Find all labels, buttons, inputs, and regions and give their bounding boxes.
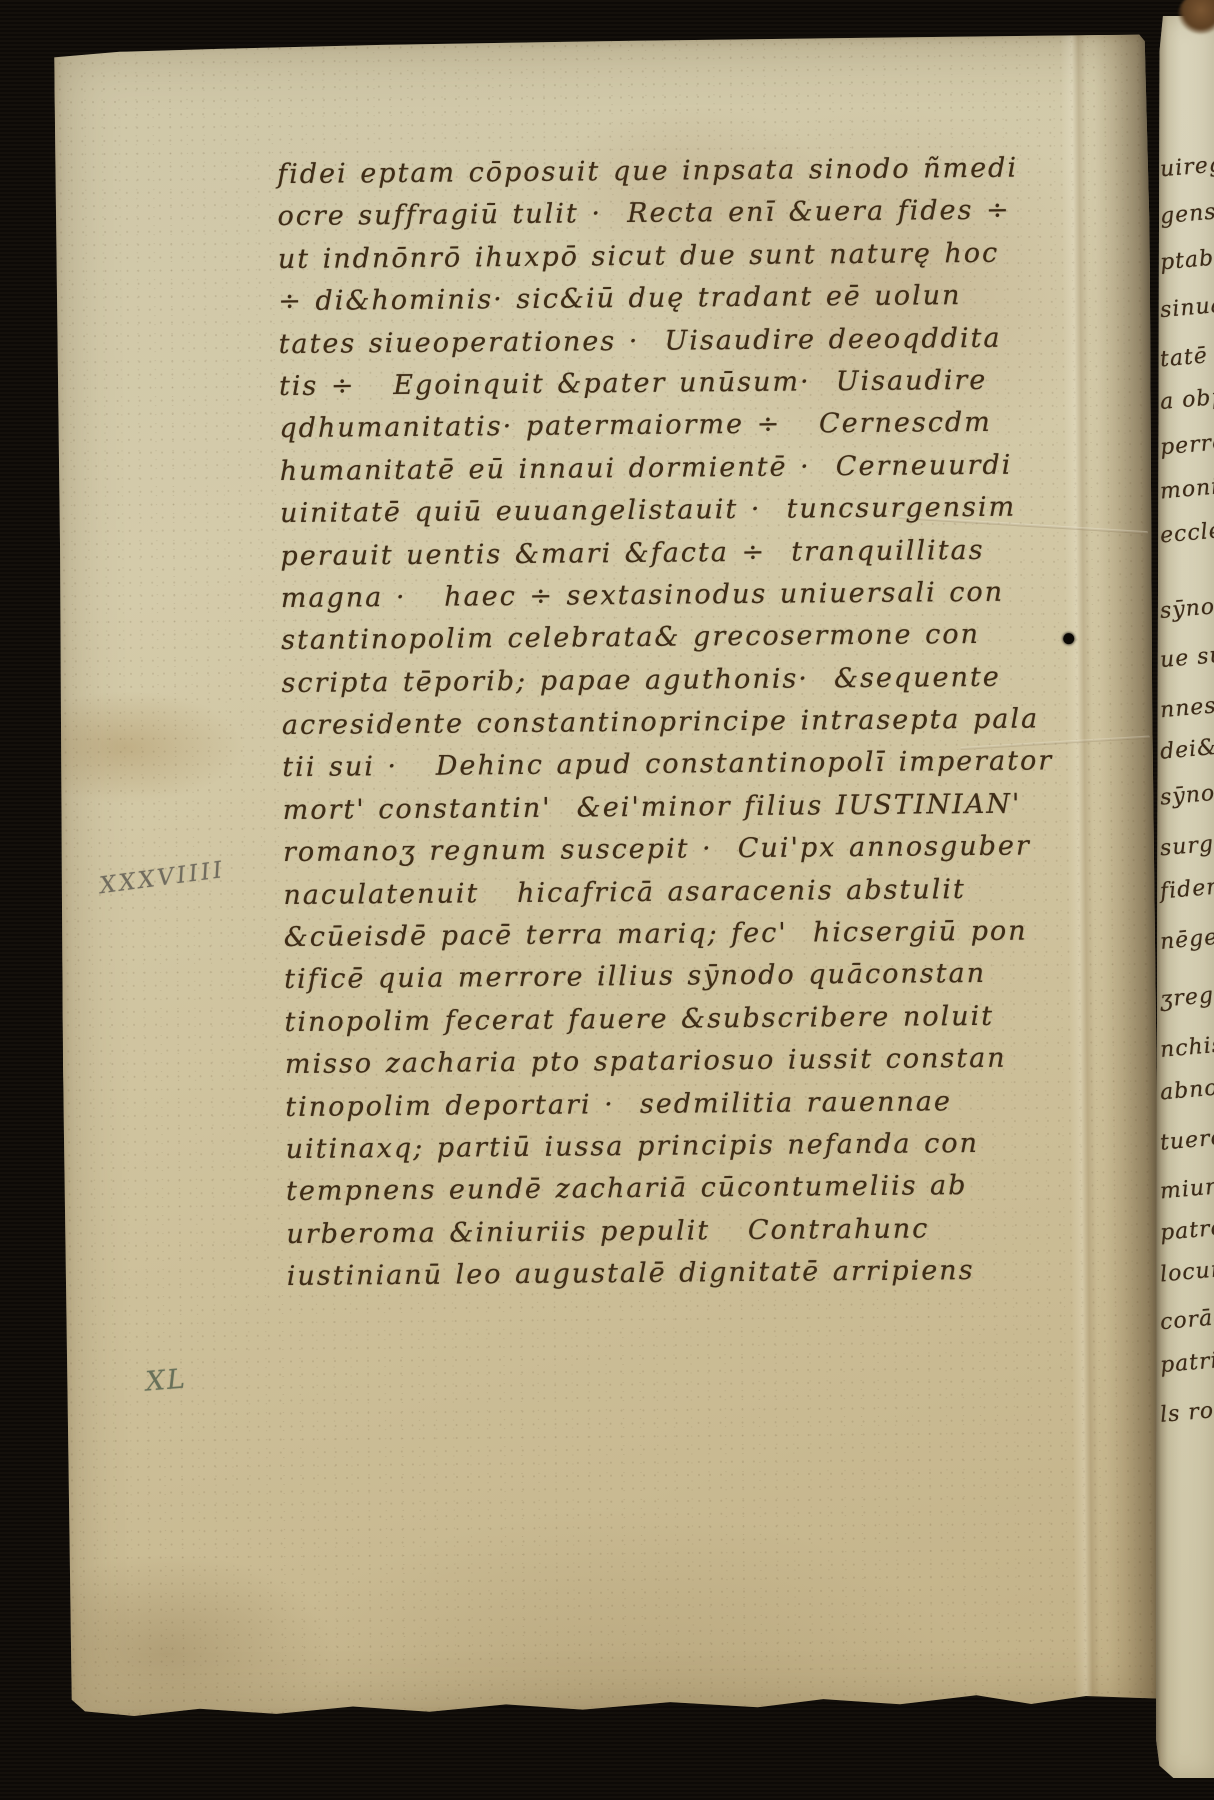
next-page-text-line: locum ei [1159, 1254, 1214, 1289]
text-line: humanitatē eū innaui dormientē · Cerneuu… [280, 443, 1150, 493]
text-line: tempnens eundē zachariā cūcontumeliis ab [286, 1164, 1156, 1214]
next-page-text-line: gens lus [1159, 196, 1214, 231]
next-page-text: uiregnopugens lusptaberiusinuasittatē in… [1156, 16, 1214, 1778]
text-line: acresidente constantinoprincipe intrasep… [282, 698, 1152, 748]
next-page-text-line: ue subu [1159, 640, 1214, 674]
manuscript-page: fidei eptam cōposuit que inpsata sinodo … [54, 34, 1163, 1719]
next-page-text-line: tuero ius [1159, 1121, 1214, 1156]
next-page-text-line: nchisae c [1159, 1028, 1214, 1064]
text-line: stantinopolim celebrata& grecosermone co… [281, 613, 1151, 663]
next-page-text-line: corāomi [1159, 1302, 1214, 1336]
text-line: magna · haec ÷ sextasinodus uniuersali c… [281, 570, 1151, 620]
text-line: tis ÷ Egoinquit &pater unūsum· Uisaudire [279, 358, 1149, 408]
text-line: uinitatē quiū euuangelistauit · tuncsurg… [280, 486, 1150, 536]
next-page-text-line: a obper [1159, 382, 1214, 416]
text-line: ut indnōnrō ihuxpō sicut due sunt naturę… [278, 231, 1148, 281]
next-page-text-line: uiregnopu [1159, 147, 1214, 184]
text-line: tii sui · Dehinc apud constantinopolī im… [282, 740, 1152, 790]
text-line: urberoma &iniuriis pepulit Contrahunc [286, 1206, 1156, 1256]
next-page-text-line: perredis [1159, 427, 1214, 462]
text-line: qdhumanitatis· patermaiorme ÷ Cernescdm [279, 401, 1149, 451]
text-line: tinopolim fecerat fauere &subscribere no… [284, 994, 1154, 1044]
next-page-text-line: miurle [1159, 1173, 1214, 1206]
text-line: ÷ di&hominis· sic&iū duę tradant eē uolu… [278, 274, 1148, 324]
next-page-text-line: fider h [1159, 873, 1214, 906]
manuscript-text: fidei eptam cōposuit que inpsata sinodo … [277, 146, 1157, 1298]
next-page-text-line: nnesher [1159, 690, 1214, 724]
next-page-text-line: monim [1159, 473, 1214, 506]
next-page-text-line: surg [1159, 832, 1214, 863]
text-line: fidei eptam cōposuit que inpsata sinodo … [277, 146, 1147, 196]
next-page-text-line: abnomin [1159, 1072, 1214, 1107]
next-page-text-line: ecclesiis [1159, 515, 1214, 550]
next-page-text-line: ptaberiu [1159, 242, 1214, 277]
next-page-text-line: ls romā [1159, 1395, 1214, 1429]
text-line: tificē quia merrore illius sȳnodo quācon… [284, 952, 1154, 1002]
next-page-text-line: patriarc [1159, 1345, 1214, 1379]
next-page-text-line: tatē in [1159, 341, 1214, 374]
text-line: perauit uentis &mari &facta ÷ tranquilli… [280, 528, 1150, 578]
next-page-text-line: sinuasit [1159, 290, 1214, 324]
next-page-text-line: sȳnod [1159, 593, 1214, 625]
next-page-text-line: ʒregnu [1159, 980, 1214, 1013]
parchment-hole-dot [1063, 633, 1074, 644]
margin-number-xl: XL [145, 1364, 188, 1398]
next-page-edge: uiregnopugens lusptaberiusinuasittatē in… [1156, 16, 1214, 1778]
text-line: romanoʒ regnum suscepit · Cui'px annosgu… [283, 825, 1153, 875]
text-line: misso zacharia pto spatariosuo iussit co… [285, 1037, 1155, 1087]
text-line: tates siueoperationes · Uisaudire deeoqd… [278, 316, 1148, 366]
text-line: &cūeisdē pacē terra mariq; fec' hicsergi… [284, 909, 1154, 959]
next-page-text-line: dei&ho [1159, 732, 1214, 765]
next-page-text-line: sȳnodo c [1159, 776, 1214, 811]
next-page-text-line: patros oc [1159, 1211, 1214, 1247]
next-page-text-line: nēgenu [1159, 922, 1214, 956]
text-line: ocre suffragiū tulit · Recta enī &uera f… [277, 189, 1147, 239]
text-line: iustinianū leo augustalē dignitatē arrip… [287, 1249, 1157, 1299]
text-line: mort' constantin' &ei'minor filius IUSTI… [283, 782, 1153, 832]
text-line: naculatenuit hicafricā asaracenis abstul… [283, 867, 1153, 917]
text-line: tinopolim deportari · sedmilitia rauenna… [285, 1079, 1155, 1129]
text-line: uitinaxq; partiū iussa principis nefanda… [285, 1121, 1155, 1171]
text-line: scripta tēporib; papae aguthonis· &seque… [281, 655, 1151, 705]
photo-backdrop: fidei eptam cōposuit que inpsata sinodo … [0, 0, 1214, 1800]
